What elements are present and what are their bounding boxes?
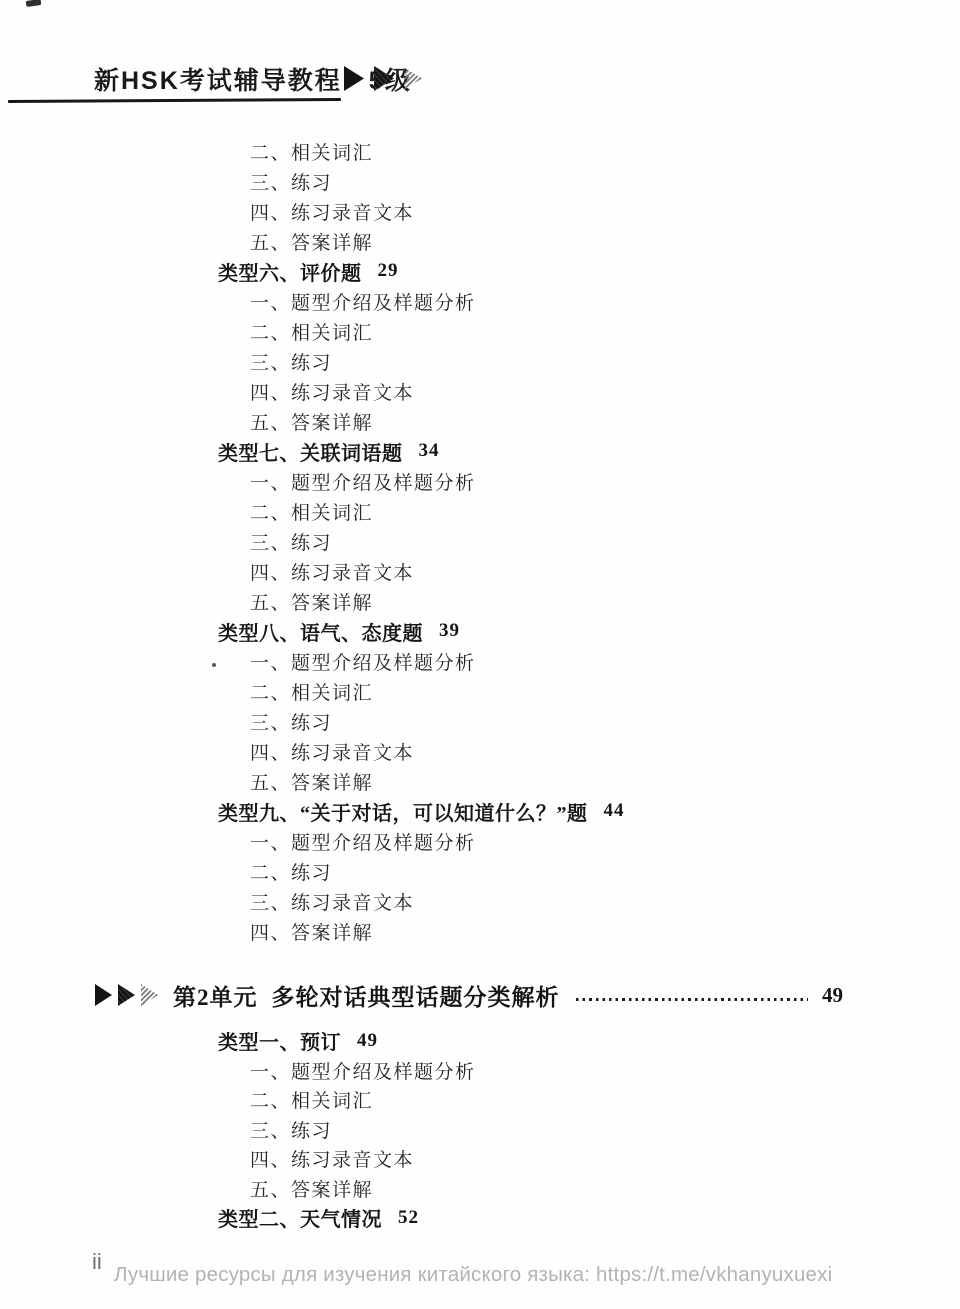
toc-sub-item: 四、练习录音文本 [0,196,960,226]
toc-sub-item: 一、题型介绍及样题分析 [0,826,960,856]
toc-entry-text: 五、答案详解 [250,228,373,255]
toc-entry-text: 二、相关词汇 [250,318,373,345]
toc-sub-item: 四、练习录音文本 [0,736,960,766]
toc-entry-text: 四、练习录音文本 [250,558,414,585]
toc-entry-text: 二、相关词汇 [250,138,373,165]
toc-entry-text: 一、题型介绍及样题分析 [250,288,476,315]
toc-entry-text: 三、练习 [250,1116,332,1143]
toc-sub-item: 一、题型介绍及样题分析 [0,1056,960,1086]
toc-entry-text: 类型八、语气、态度题 [218,617,423,646]
toc-type-heading: 类型九、“关于对话，可以知道什么？”题44 [0,796,960,826]
toc-entry-text: 三、练习 [250,168,332,195]
toc-entry-text: 一、题型介绍及样题分析 [250,648,476,675]
toc-sub-item: 二、相关词汇 [0,496,960,526]
toc-entry-text: 三、练习 [250,528,332,555]
toc-sub-item: 五、答案详解 [0,1174,960,1204]
unit-title: 多轮对话典型话题分类解析 [272,979,560,1012]
toc-sub-item: 二、练习 [0,856,960,886]
hatched-right-triangle-icon [404,68,422,90]
toc-entry-text: 一、题型介绍及样题分析 [250,1057,476,1084]
toc-type-heading: 类型六、评价题29 [0,256,960,286]
toc-entry-text: 二、相关词汇 [250,678,373,705]
dotted-leader [576,998,809,1001]
toc-sub-item: 五、答案详解 [0,226,960,256]
toc-sub-item: 一、题型介绍及样题分析 [0,286,960,316]
unit-label: 第2单元 [173,979,258,1012]
toc-sub-item: 四、练习录音文本 [0,1144,960,1174]
toc-sub-item: 五、答案详解 [0,586,960,616]
toc-entry-text: 一、题型介绍及样题分析 [250,468,476,495]
right-triangle-icon [344,66,364,91]
toc-entry-text: 类型一、预订 [218,1026,341,1055]
toc-page-number: 44 [604,800,625,822]
toc-entry-text: 类型七、关联词语题 [218,437,403,466]
toc-sub-item: 四、练习录音文本 [0,556,960,586]
toc-list-unit1: 二、相关词汇三、练习四、练习录音文本五、答案详解类型六、评价题29一、题型介绍及… [0,136,960,946]
toc-type-heading: 类型八、语气、态度题39 [0,616,960,646]
toc-entry-text: 五、答案详解 [250,408,373,435]
toc-sub-item: 三、练习 [0,526,960,556]
toc-entry-text: 一、题型介绍及样题分析 [250,828,476,855]
toc-sub-item: 四、答案详解 [0,916,960,946]
toc-entry-text: 五、答案详解 [250,1175,373,1202]
toc-sub-item: 三、练习 [0,706,960,736]
toc-entry-text: 四、练习录音文本 [250,198,414,225]
toc-sub-item: 二、相关词汇 [0,1085,960,1115]
toc-sub-item: 四、练习录音文本 [0,376,960,406]
toc-sub-item: 一、题型介绍及样题分析 [0,466,960,496]
toc-type-heading: 类型二、天气情况52 [0,1203,960,1233]
toc-sub-item: 三、练习 [0,346,960,376]
toc-entry-text: 类型二、天气情况 [218,1203,382,1232]
right-triangle-icon [95,984,112,1006]
toc-entry-text: 二、相关词汇 [250,1086,373,1113]
toc-entry-text: 四、练习录音文本 [250,1145,414,1172]
right-triangle-icon [118,984,135,1006]
toc-entry-text: 三、练习录音文本 [250,888,414,915]
hatched-right-triangle-icon [141,984,158,1006]
toc-sub-item: 三、练习 [0,166,960,196]
toc-sub-item: 五、答案详解 [0,766,960,796]
toc-page-number: 49 [357,1030,378,1052]
toc-sub-item: 一、题型介绍及样题分析 [0,646,960,676]
toc-list-unit2: 类型一、预订49一、题型介绍及样题分析二、相关词汇三、练习四、练习录音文本五、答… [0,1026,960,1233]
toc-entry-text: 四、答案详解 [250,918,373,945]
toc-entry-text: 三、练习 [250,348,332,375]
toc-entry-text: 二、相关词汇 [250,498,373,525]
toc-entry-text: 四、练习录音文本 [250,378,414,405]
toc-entry-text: 三、练习 [250,708,332,735]
toc-sub-item: 二、相关词汇 [0,676,960,706]
toc-entry-text: 五、答案详解 [250,588,373,615]
toc-sub-item: 三、练习录音文本 [0,886,960,916]
header-arrows [344,66,422,91]
toc-type-heading: 类型七、关联词语题34 [0,436,960,466]
toc-type-heading: 类型一、预订49 [0,1026,960,1056]
toc-page-number: 52 [398,1207,419,1229]
toc-entry-text: 二、练习 [250,858,332,885]
ink-speck-artifact [212,663,216,667]
toc-entry-text: 类型九、“关于对话，可以知道什么？”题 [218,797,588,826]
watermark-text: Лучшие ресурсы для изучения китайского я… [114,1263,832,1287]
toc-entry-text: 四、练习录音文本 [250,738,414,765]
toc-sub-item: 二、相关词汇 [0,316,960,346]
toc-sub-item: 五、答案详解 [0,406,960,436]
toc-entry-text: 类型六、评价题 [218,257,362,286]
toc-page-number: 39 [439,620,460,642]
toc-sub-item: 三、练习 [0,1115,960,1145]
toc-page: 新HSK考试辅导教程 5级 二、相关词汇三、练习四、练习录音文本五、答案详解类型… [0,0,960,1309]
header-divider-rule [8,98,341,103]
unit-page-number: 49 [822,983,843,1008]
scan-artifact-mark [26,0,42,7]
toc-page-number: 34 [419,440,440,462]
right-triangle-icon [374,66,394,91]
toc-page-number: 29 [378,260,399,282]
toc-entry-text: 五、答案详解 [250,768,373,795]
unit-2-heading: 第2单元 多轮对话典型话题分类解析 49 [95,972,843,1018]
toc-sub-item: 二、相关词汇 [0,136,960,166]
folio-page-number: ii [92,1249,102,1275]
